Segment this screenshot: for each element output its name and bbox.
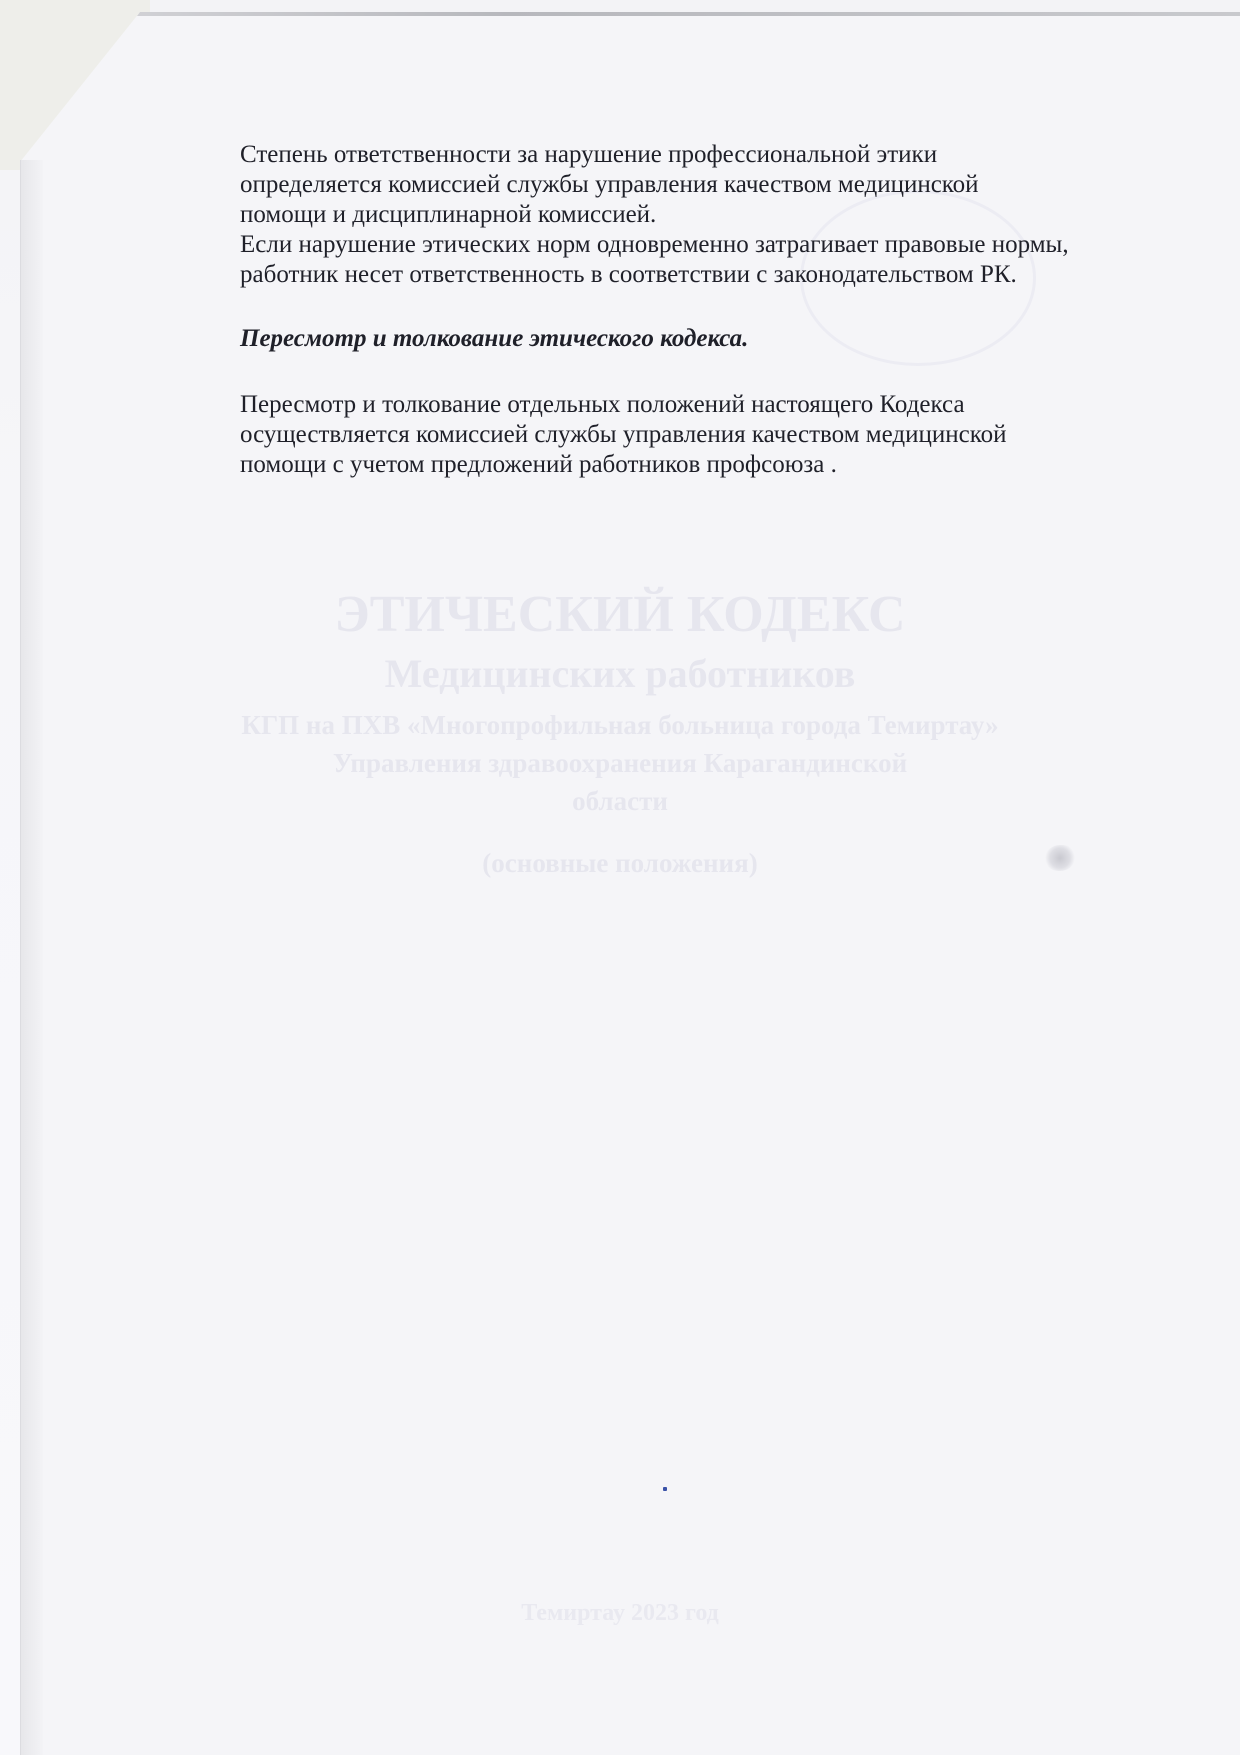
ink-smudge	[1045, 845, 1075, 871]
show-through-org-line: области	[0, 786, 1240, 817]
paper-stack-edge	[20, 160, 43, 1755]
show-through-org-line: КГП на ПХВ «Многопрофильная больница гор…	[0, 710, 1240, 741]
text-line: Пересмотр и толкование отдельных положен…	[240, 390, 1220, 420]
scanned-page: ЭТИЧЕСКИЙ КОДЕКС Медицинских работников …	[0, 0, 1240, 1755]
text-line: определяется комиссией службы управления…	[240, 170, 1220, 200]
responsibility-paragraph: Степень ответственности за нарушение про…	[240, 140, 1220, 290]
show-through-org-line: Управления здравоохранения Карагандинско…	[0, 748, 1240, 779]
document-body: Степень ответственности за нарушение про…	[240, 140, 1220, 480]
text-line: осуществляется комиссией службы управлен…	[240, 420, 1220, 450]
text-line: Если нарушение этических норм одновремен…	[240, 230, 1220, 260]
text-line: помощи с учетом предложений работников п…	[240, 450, 1220, 480]
text-line: работник несет ответственность в соответ…	[240, 260, 1220, 290]
revision-paragraph: Пересмотр и толкование отдельных положен…	[240, 390, 1220, 480]
show-through-footer: Темиртау 2023 год	[0, 1600, 1240, 1627]
show-through-title: ЭТИЧЕСКИЙ КОДЕКС	[0, 585, 1240, 644]
ink-speck	[663, 1487, 667, 1491]
text-line: помощи и дисциплинарной комиссией.	[240, 200, 1220, 230]
show-through-subtitle: Медицинских работников	[0, 650, 1240, 697]
paper-top-edge	[20, 12, 1240, 16]
text-line: Степень ответственности за нарушение про…	[240, 140, 1220, 170]
section-heading: Пересмотр и толкование этического кодекс…	[240, 324, 1220, 354]
